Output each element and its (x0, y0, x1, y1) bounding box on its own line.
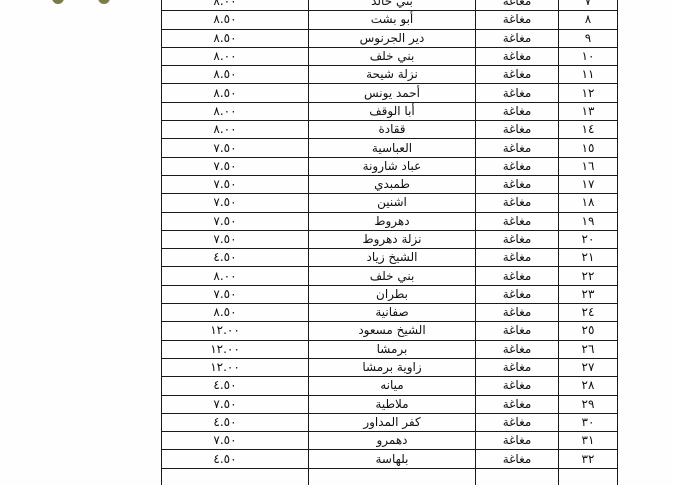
table-row: ٢٥مغاغةالشيخ مسعود١٢.٠٠ (162, 322, 618, 340)
status-cell: مغاغة (476, 84, 559, 102)
table-row: ١٢مغاغةأحمد يونس٨.٥٠ (162, 84, 618, 102)
location-name-cell: نزلة شيحة (309, 66, 476, 84)
status-cell: مغاغة (476, 0, 559, 11)
status-cell: مغاغة (476, 285, 559, 303)
table-row: ١٥مغاغةالعباسية٧.٥٠ (162, 139, 618, 157)
row-number-cell: ١٦ (559, 157, 618, 175)
row-number-cell: ٢٨ (559, 377, 618, 395)
value-cell: ٨.٥٠ (162, 84, 309, 102)
table-row: ١٧مغاغةطمبدي٧.٥٠ (162, 175, 618, 193)
table-row: ٧مغاغةبني خالد٨.٠٠ (162, 0, 618, 11)
value-cell: ٨.٥٠ (162, 66, 309, 84)
row-number-cell: ١٧ (559, 175, 618, 193)
location-name-cell: بطران (309, 285, 476, 303)
row-number-cell: ٢٣ (559, 285, 618, 303)
value-cell: ١٢.٠٠ (162, 340, 309, 358)
status-cell: مغاغة (476, 139, 559, 157)
value-cell (162, 468, 309, 485)
table-row: ١٨مغاغةاشنين٧.٥٠ (162, 194, 618, 212)
location-name-cell: اشنين (309, 194, 476, 212)
value-cell: ٤.٥٠ (162, 377, 309, 395)
status-cell: مغاغة (476, 102, 559, 120)
table-row: ٣٢مغاغةبلهاسة٤.٥٠ (162, 450, 618, 468)
status-cell: مغاغة (476, 322, 559, 340)
row-number-cell: ٢٩ (559, 395, 618, 413)
row-number-cell: ٩ (559, 29, 618, 47)
row-number-cell: ١٥ (559, 139, 618, 157)
status-cell: مغاغة (476, 413, 559, 431)
row-number-cell: ٢٢ (559, 267, 618, 285)
row-number-cell: ١٠ (559, 47, 618, 65)
value-cell: ٤.٥٠ (162, 249, 309, 267)
value-cell: ٨.٠٠ (162, 102, 309, 120)
status-cell: مغاغة (476, 157, 559, 175)
row-number-cell: ٢٦ (559, 340, 618, 358)
row-number-cell: ٣٠ (559, 413, 618, 431)
status-cell: مغاغة (476, 47, 559, 65)
status-cell (476, 468, 559, 485)
table-row: ١٤مغاغةققادة٨.٠٠ (162, 121, 618, 139)
row-number-cell (559, 468, 618, 485)
table-row: ١٦مغاغةعباد شارونة٧.٥٠ (162, 157, 618, 175)
value-cell: ٨.٠٠ (162, 0, 309, 11)
status-cell: مغاغة (476, 175, 559, 193)
value-cell: ٧.٥٠ (162, 157, 309, 175)
value-cell: ٨.٥٠ (162, 304, 309, 322)
table-row: ١٠مغاغةبني خلف٨.٠٠ (162, 47, 618, 65)
location-name-cell: زاوية برمشا (309, 358, 476, 376)
status-cell: مغاغة (476, 267, 559, 285)
location-name-cell: بني خلف (309, 267, 476, 285)
location-name-cell: صفانية (309, 304, 476, 322)
value-cell: ٧.٥٠ (162, 175, 309, 193)
status-cell: مغاغة (476, 432, 559, 450)
row-number-cell: ٢٠ (559, 230, 618, 248)
location-name-cell: دهمرو (309, 432, 476, 450)
value-cell: ١٢.٠٠ (162, 322, 309, 340)
location-name-cell: الشيخ زياد (309, 249, 476, 267)
value-cell: ٧.٥٠ (162, 230, 309, 248)
row-number-cell: ١٢ (559, 84, 618, 102)
table-row: ٢٩مغاغةملاطية٧.٥٠ (162, 395, 618, 413)
row-number-cell: ٢٥ (559, 322, 618, 340)
table-row: ٣٠مغاغةكفر المداور٤.٥٠ (162, 413, 618, 431)
status-cell: مغاغة (476, 395, 559, 413)
row-number-cell: ٧ (559, 0, 618, 11)
scan-artifact-mark (98, 0, 110, 4)
value-cell: ٤.٥٠ (162, 413, 309, 431)
location-name-cell: طمبدي (309, 175, 476, 193)
location-name-cell: عباد شارونة (309, 157, 476, 175)
status-cell: مغاغة (476, 249, 559, 267)
row-number-cell: ١٨ (559, 194, 618, 212)
value-cell: ٧.٥٠ (162, 194, 309, 212)
table-row: ٢٦مغاغةبرمشا١٢.٠٠ (162, 340, 618, 358)
table-row: ١٣مغاغةأبا الوقف٨.٠٠ (162, 102, 618, 120)
status-cell: مغاغة (476, 121, 559, 139)
table-row: ١١مغاغةنزلة شيحة٨.٥٠ (162, 66, 618, 84)
row-number-cell: ١٤ (559, 121, 618, 139)
status-cell: مغاغة (476, 450, 559, 468)
location-name-cell (309, 468, 476, 485)
table-row: ٢٤مغاغةصفانية٨.٥٠ (162, 304, 618, 322)
table-row: ٢١مغاغةالشيخ زياد٤.٥٠ (162, 249, 618, 267)
row-number-cell: ٢٤ (559, 304, 618, 322)
value-cell: ٨.٠٠ (162, 267, 309, 285)
table-row (162, 468, 618, 485)
location-name-cell: بني خلف (309, 47, 476, 65)
document-page: ٧مغاغةبني خالد٨.٠٠٨مغاغةأبو بشت٨.٥٠٩مغاغ… (0, 0, 674, 485)
status-cell: مغاغة (476, 340, 559, 358)
status-cell: مغاغة (476, 377, 559, 395)
status-cell: مغاغة (476, 358, 559, 376)
value-cell: ٨.٥٠ (162, 11, 309, 29)
table-body: ٧مغاغةبني خالد٨.٠٠٨مغاغةأبو بشت٨.٥٠٩مغاغ… (162, 0, 618, 485)
value-cell: ٧.٥٠ (162, 285, 309, 303)
value-cell: ١٢.٠٠ (162, 358, 309, 376)
location-name-cell: نزلة دهروط (309, 230, 476, 248)
location-name-cell: أحمد يونس (309, 84, 476, 102)
table-row: ٢٠مغاغةنزلة دهروط٧.٥٠ (162, 230, 618, 248)
value-cell: ٤.٥٠ (162, 450, 309, 468)
table-row: ٢٣مغاغةبطران٧.٥٠ (162, 285, 618, 303)
location-name-cell: برمشا (309, 340, 476, 358)
value-cell: ٨.٠٠ (162, 47, 309, 65)
row-number-cell: ١١ (559, 66, 618, 84)
location-name-cell: بني خالد (309, 0, 476, 11)
row-number-cell: ٣٢ (559, 450, 618, 468)
row-number-cell: ١٩ (559, 212, 618, 230)
location-name-cell: دهروط (309, 212, 476, 230)
status-cell: مغاغة (476, 304, 559, 322)
location-name-cell: ققادة (309, 121, 476, 139)
status-cell: مغاغة (476, 11, 559, 29)
location-name-cell: كفر المداور (309, 413, 476, 431)
table-row: ١٩مغاغةدهروط٧.٥٠ (162, 212, 618, 230)
location-name-cell: بلهاسة (309, 450, 476, 468)
scan-artifact-mark (52, 0, 64, 4)
location-name-cell: ميانه (309, 377, 476, 395)
table-row: ٣١مغاغةدهمرو٧.٥٠ (162, 432, 618, 450)
status-cell: مغاغة (476, 230, 559, 248)
table-row: ٢٧مغاغةزاوية برمشا١٢.٠٠ (162, 358, 618, 376)
location-name-cell: ملاطية (309, 395, 476, 413)
value-cell: ٨.٥٠ (162, 29, 309, 47)
value-cell: ٧.٥٠ (162, 395, 309, 413)
table-row: ٢٢مغاغةبني خلف٨.٠٠ (162, 267, 618, 285)
row-number-cell: ٣١ (559, 432, 618, 450)
table-row: ٨مغاغةأبو بشت٨.٥٠ (162, 11, 618, 29)
table-row: ٢٨مغاغةميانه٤.٥٠ (162, 377, 618, 395)
data-table: ٧مغاغةبني خالد٨.٠٠٨مغاغةأبو بشت٨.٥٠٩مغاغ… (161, 0, 618, 485)
status-cell: مغاغة (476, 194, 559, 212)
status-cell: مغاغة (476, 29, 559, 47)
location-name-cell: الشيخ مسعود (309, 322, 476, 340)
location-name-cell: العباسية (309, 139, 476, 157)
status-cell: مغاغة (476, 66, 559, 84)
row-number-cell: ١٣ (559, 102, 618, 120)
table-row: ٩مغاغةدير الجرنوس٨.٥٠ (162, 29, 618, 47)
location-name-cell: أبا الوقف (309, 102, 476, 120)
value-cell: ٧.٥٠ (162, 212, 309, 230)
location-name-cell: دير الجرنوس (309, 29, 476, 47)
value-cell: ٧.٥٠ (162, 432, 309, 450)
row-number-cell: ٢٧ (559, 358, 618, 376)
value-cell: ٨.٠٠ (162, 121, 309, 139)
value-cell: ٧.٥٠ (162, 139, 309, 157)
location-name-cell: أبو بشت (309, 11, 476, 29)
row-number-cell: ٢١ (559, 249, 618, 267)
status-cell: مغاغة (476, 212, 559, 230)
row-number-cell: ٨ (559, 11, 618, 29)
